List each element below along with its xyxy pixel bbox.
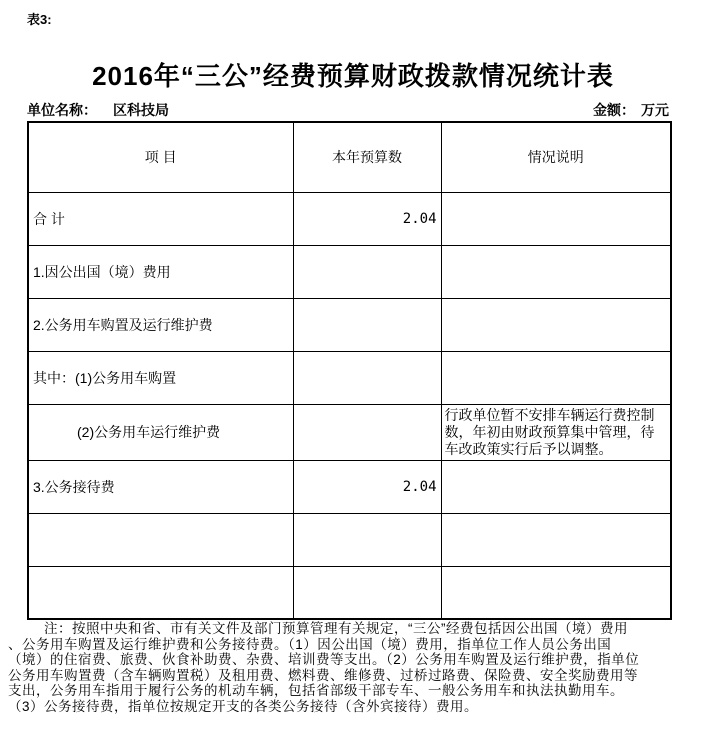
item-cell [28, 513, 293, 566]
item-cell [28, 566, 293, 619]
footnote-line: （境）的住宿费、旅费、伙食补助费、杂费、培训费等支出。（2）公务用车购置及运行维… [8, 652, 702, 668]
footnote-line: 注：按照中央和省、市有关文件及部门预算管理有关规定，“三公”经费包括因公出国（境… [8, 621, 702, 637]
item-cell: (2)公务用车运行维护费 [28, 404, 293, 460]
meta-row: 单位名称：区科技局 金额：万元 [27, 100, 669, 120]
table-row-reception: 3.公务接待费 2.04 [28, 460, 671, 513]
column-header-item: 项 目 [28, 122, 293, 192]
table-number-label: 表3: [27, 9, 52, 28]
table-row-abroad: 1.因公出国（境）费用 [28, 245, 671, 298]
column-header-budget: 本年预算数 [293, 122, 441, 192]
note-cell [441, 192, 671, 245]
budget-table: 项 目 本年预算数 情况说明 合 计 2.04 1.因公出国（境）费用 2.公务… [27, 121, 672, 620]
table-header-row: 项 目 本年预算数 情况说明 [28, 122, 671, 192]
column-header-note: 情况说明 [441, 122, 671, 192]
budget-cell [293, 404, 441, 460]
note-cell [441, 351, 671, 404]
note-cell [441, 245, 671, 298]
amount-unit-group: 金额：万元 [593, 100, 669, 120]
amount-label: 金额： [593, 102, 635, 118]
budget-cell [293, 245, 441, 298]
budget-cell [293, 513, 441, 566]
table-row-empty [28, 566, 671, 619]
amount-unit-value: 万元 [641, 102, 669, 118]
unit-name-label: 单位名称： [27, 102, 97, 118]
unit-name: 单位名称：区科技局 [27, 100, 169, 120]
budget-cell [293, 298, 441, 351]
budget-cell [293, 351, 441, 404]
note-cell [441, 513, 671, 566]
item-cell: 1.因公出国（境）费用 [28, 245, 293, 298]
budget-cell [293, 566, 441, 619]
note-cell [441, 460, 671, 513]
item-cell: 3.公务接待费 [28, 460, 293, 513]
document-page: 表3: 2016年“三公”经费预算财政拨款情况统计表 单位名称：区科技局 金额：… [0, 0, 706, 749]
footnote-line: （3）公务接待费，指单位按规定开支的各类公务接待（含外宾接待）费用。 [8, 699, 702, 715]
table-row-empty [28, 513, 671, 566]
note-cell [441, 566, 671, 619]
table-row-vehicle-total: 2.公务用车购置及运行维护费 [28, 298, 671, 351]
unit-name-value: 区科技局 [113, 102, 169, 118]
page-title: 2016年“三公”经费预算财政拨款情况统计表 [0, 56, 706, 93]
item-cell: 合 计 [28, 192, 293, 245]
footnote-line: 支出，公务用车指用于履行公务的机动车辆，包括省部级干部专车、一般公务用车和执法执… [8, 683, 702, 699]
footnote-line: 公务用车购置费（含车辆购置税）及租用费、燃料费、维修费、过桥过路费、保险费、安全… [8, 668, 702, 684]
footnote: 注：按照中央和省、市有关文件及部门预算管理有关规定，“三公”经费包括因公出国（境… [8, 621, 702, 714]
note-cell [441, 298, 671, 351]
footnote-line: 、公务用车购置及运行维护费和公务接待费。（1）因公出国（境）费用，指单位工作人员… [8, 637, 702, 653]
note-cell: 行政单位暂不安排车辆运行费控制数，年初由财政预算集中管理，待车改政策实行后予以调… [441, 404, 671, 460]
table-row-total: 合 计 2.04 [28, 192, 671, 245]
item-cell: 其中：(1)公务用车购置 [28, 351, 293, 404]
item-cell: 2.公务用车购置及运行维护费 [28, 298, 293, 351]
table-row-vehicle-purchase: 其中：(1)公务用车购置 [28, 351, 671, 404]
budget-cell: 2.04 [293, 460, 441, 513]
budget-cell: 2.04 [293, 192, 441, 245]
table-row-vehicle-maintenance: (2)公务用车运行维护费 行政单位暂不安排车辆运行费控制数，年初由财政预算集中管… [28, 404, 671, 460]
